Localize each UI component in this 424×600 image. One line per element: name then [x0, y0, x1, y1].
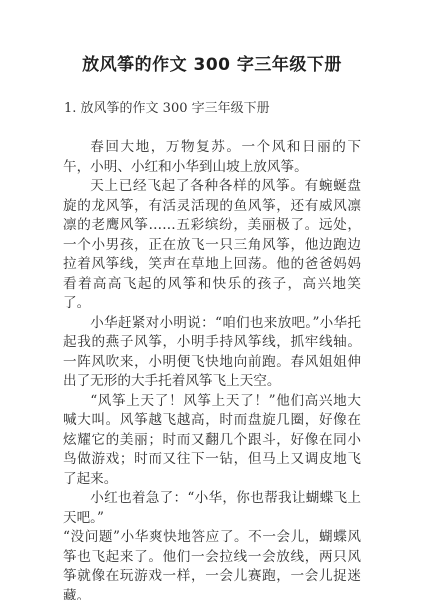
section-heading: 1. 放风筝的作文 300 字三年级下册 — [64, 97, 270, 116]
paragraph-3: 小华赶紧对小明说：“咱们也来放吧。”小华托起我的燕子风筝，小明手持风筝线，抓牢线… — [63, 314, 361, 392]
paragraph-5: 小红也着急了：“小华，你也帮我让蝴蝶飞上天吧。” — [63, 489, 361, 528]
paragraph-1: 春回大地，万物复苏。一个风和日丽的下午，小明、小红和小华到山坡上放风筝。 — [63, 138, 361, 177]
paragraph-2: 天上已经飞起了各种各样的风筝。有蜿蜒盘旋的龙风筝，有活灵活现的鱼风筝，还有威风凛… — [63, 177, 361, 314]
document-title: 放风筝的作文 300 字三年级下册 — [0, 50, 424, 75]
document-page: 放风筝的作文 300 字三年级下册 1. 放风筝的作文 300 字三年级下册 春… — [0, 0, 424, 600]
paragraph-6: “没问题”小华爽快地答应了。不一会儿，蝴蝶风筝也飞起来了。他们一会拉线一会放线，… — [63, 528, 361, 600]
essay-body: 春回大地，万物复苏。一个风和日丽的下午，小明、小红和小华到山坡上放风筝。 天上已… — [63, 138, 361, 600]
paragraph-4: “风筝上天了！风筝上天了！”他们高兴地大喊大叫。风筝越飞越高，时而盘旋几圈，好像… — [63, 392, 361, 490]
